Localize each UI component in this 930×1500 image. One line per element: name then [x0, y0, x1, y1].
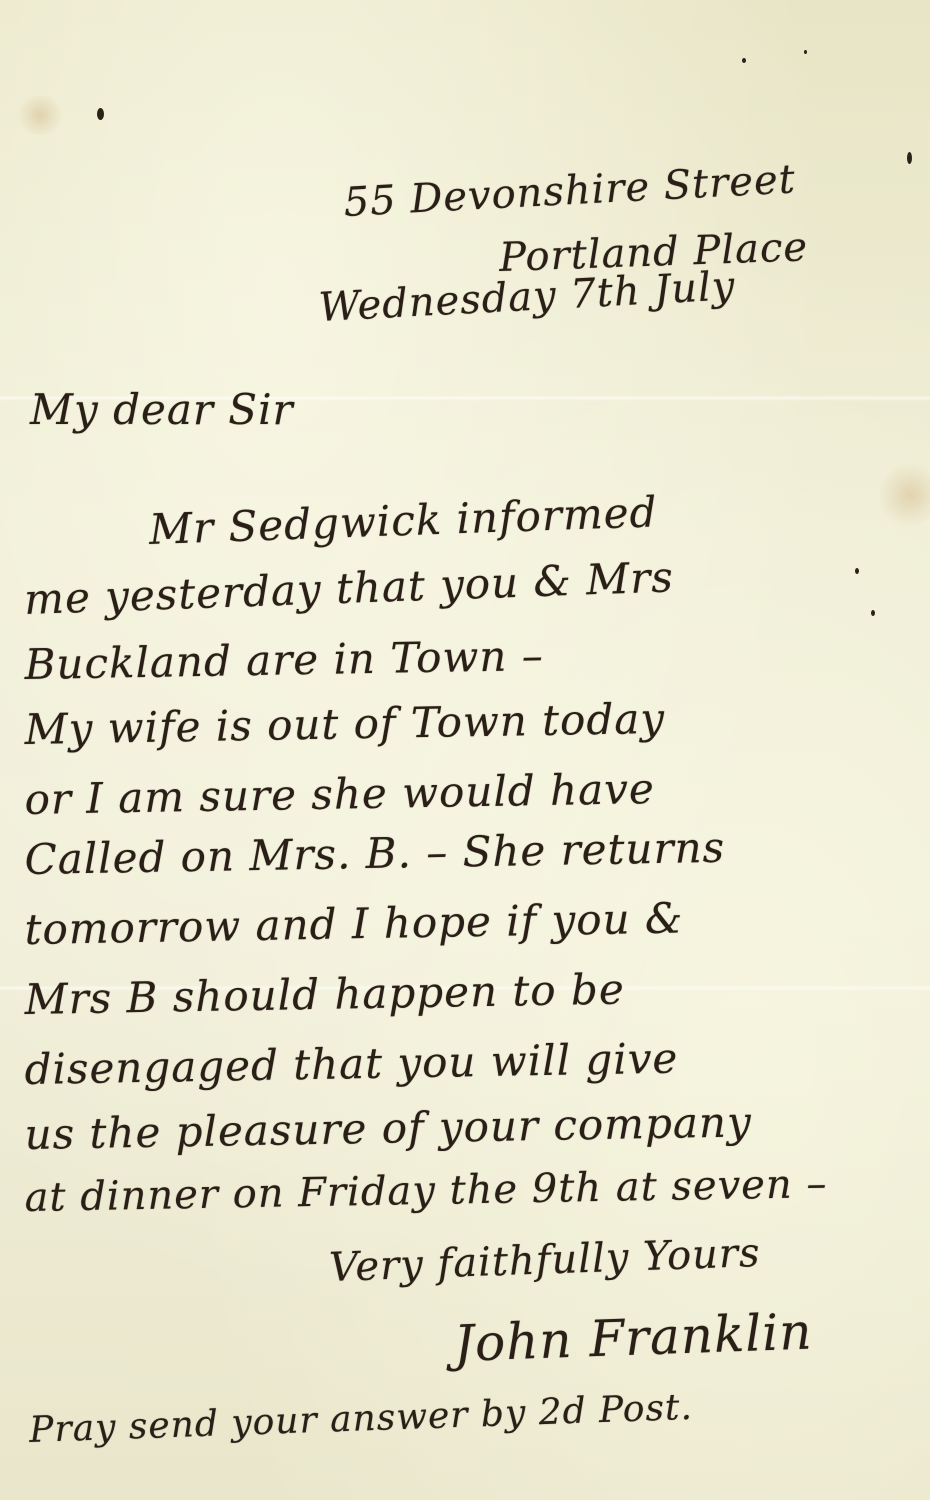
- body-line-11: at dinner on Friday the 9th at seven –: [24, 1161, 828, 1221]
- ink-speck: [907, 152, 912, 164]
- body-line-9: disengaged that you will give: [24, 1034, 679, 1094]
- paper-stain: [15, 95, 65, 135]
- body-line-3: Buckland are in Town –: [24, 631, 544, 689]
- salutation: My dear Sir: [30, 385, 294, 434]
- ink-speck: [742, 58, 746, 63]
- paper-stain: [880, 460, 930, 530]
- letter-page: 55 Devonshire Street Portland Place Wedn…: [0, 0, 930, 1500]
- body-line-5: or I am sure she would have: [24, 764, 655, 824]
- body-line-1: Mr Sedgwick informed: [148, 487, 658, 554]
- body-line-4: My wife is out of Town today: [24, 694, 665, 754]
- ink-speck: [804, 50, 807, 54]
- address-line-1: 55 Devonshire Street: [343, 156, 797, 226]
- letter-date: Wednesday 7th July: [318, 263, 737, 331]
- body-line-10: us the pleasure of your company: [24, 1097, 752, 1159]
- closing: Very faithfully Yours: [328, 1230, 761, 1291]
- body-line-6: Called on Mrs. B. – She returns: [24, 823, 725, 884]
- body-line-7: tomorrow and I hope if you &: [24, 894, 684, 954]
- body-line-8: Mrs B should happen to be: [24, 965, 625, 1024]
- body-line-2: me yesterday that you & Mrs: [23, 552, 674, 624]
- signature: John Franklin: [453, 1303, 813, 1373]
- ink-speck: [855, 568, 859, 574]
- ink-speck: [97, 108, 104, 120]
- ink-speck: [871, 610, 875, 616]
- postscript: Pray send your answer by 2d Post.: [29, 1387, 694, 1451]
